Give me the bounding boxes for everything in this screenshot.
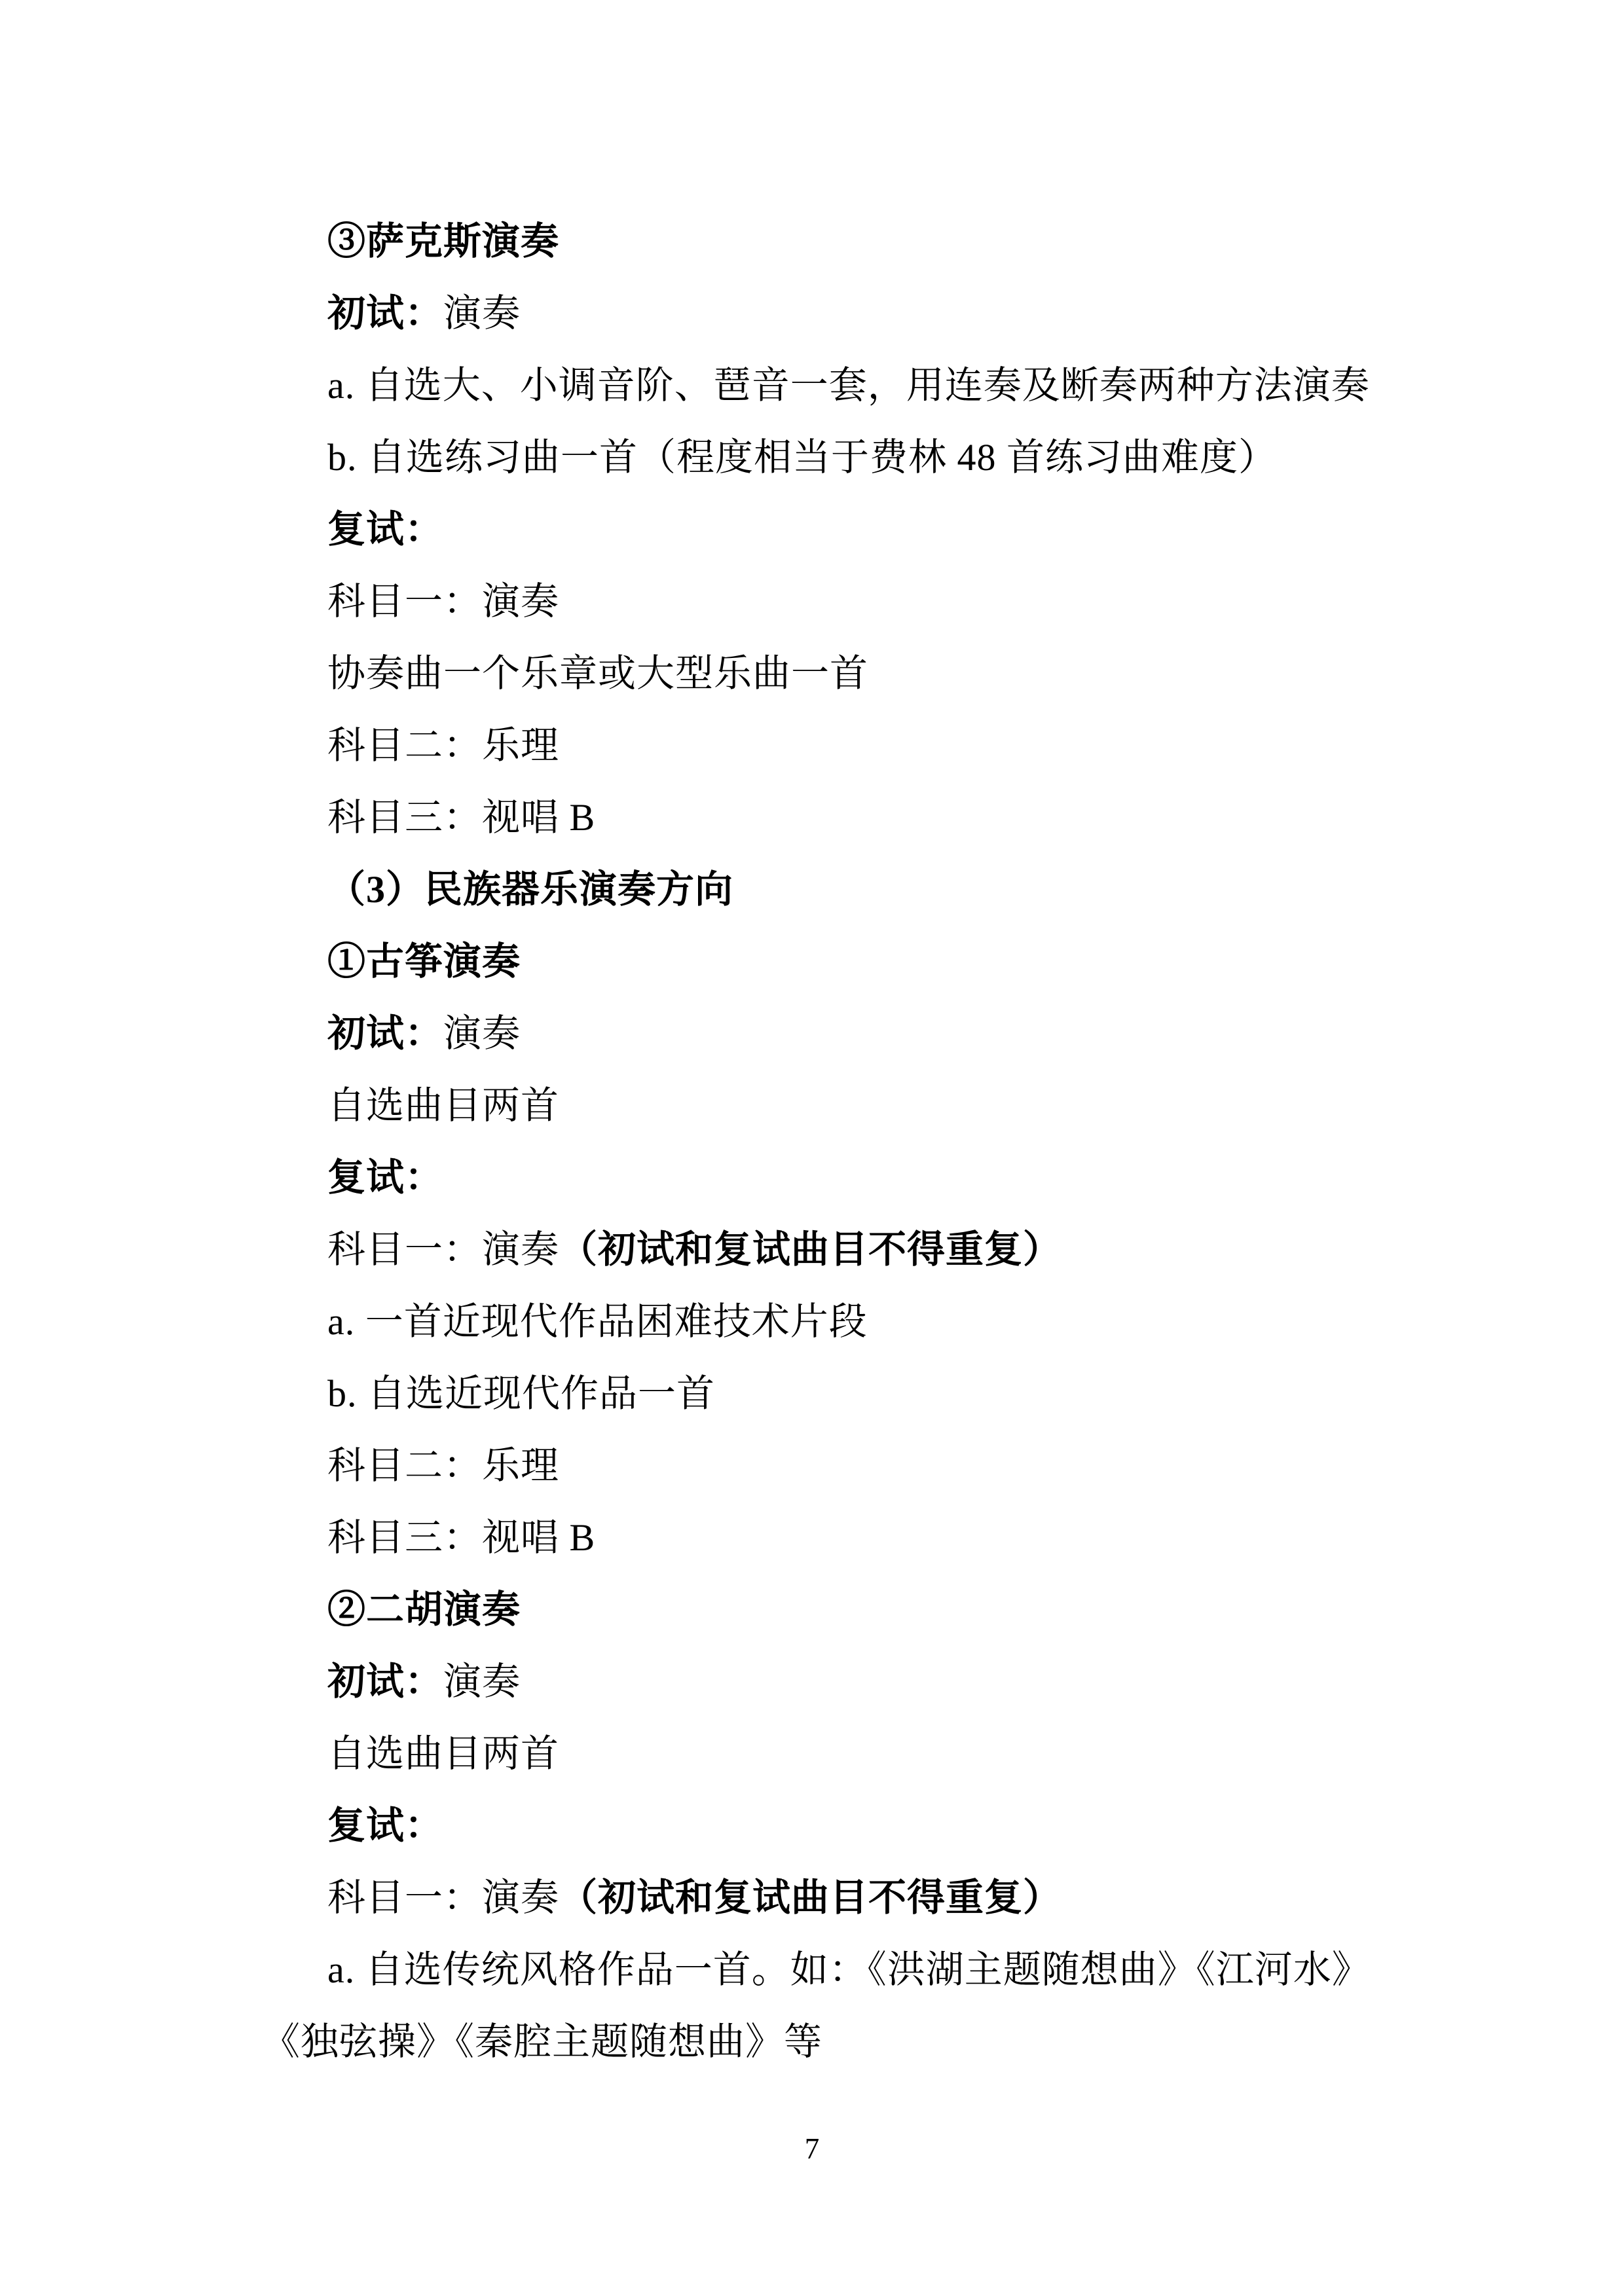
page-number: 7 — [0, 2129, 1624, 2168]
doc-line-guzheng-subject3: 科目三：视唱 B — [262, 1502, 1428, 1574]
doc-line-sax-first-round: 初试：演奏 — [262, 278, 1428, 350]
doc-line-sax-heading: ③萨克斯演奏 — [262, 206, 1428, 278]
document-page: ③萨克斯演奏 初试：演奏 a. 自选大、小调音阶、琶音一套，用连奏及断奏两种方法… — [0, 0, 1624, 2296]
doc-line-erhu-free-pieces: 自选曲目两首 — [262, 1718, 1428, 1790]
line-text: b. 自选练习曲一首（程度相当于费林 48 首练习曲难度） — [327, 436, 1277, 479]
line-text: a. 自选大、小调音阶、琶音一套，用连奏及断奏两种方法演奏 — [327, 364, 1370, 407]
line-text: 科目三：视唱 B — [327, 1516, 595, 1559]
line-text: 自选曲目两首 — [327, 1732, 559, 1775]
doc-line-erhu-item-a-continuation: 《独弦操》《秦腔主题随想曲》等 — [262, 2006, 1428, 2078]
doc-line-sax-concerto: 协奏曲一个乐章或大型乐曲一首 — [262, 638, 1428, 710]
line-text: 演奏 — [443, 292, 521, 335]
line-text: 自选曲目两首 — [327, 1084, 559, 1127]
line-text: 科目一：演奏 — [327, 580, 559, 623]
doc-line-guzheng-free-pieces: 自选曲目两首 — [262, 1070, 1428, 1142]
line-text: 协奏曲一个乐章或大型乐曲一首 — [327, 652, 868, 695]
page-content: ③萨克斯演奏 初试：演奏 a. 自选大、小调音阶、琶音一套，用连奏及断奏两种方法… — [262, 206, 1428, 2078]
line-text-bold: 初试： — [327, 1012, 443, 1055]
line-text: 《独弦操》《秦腔主题随想曲》等 — [262, 2020, 822, 2063]
doc-line-sax-subject3: 科目三：视唱 B — [262, 782, 1428, 854]
doc-line-guzheng-first-round: 初试：演奏 — [262, 998, 1428, 1070]
line-text: 科目一：演奏 — [327, 1228, 559, 1271]
line-text-bold: （3）民族器乐演奏方向 — [327, 868, 733, 911]
line-text: 演奏 — [443, 1660, 521, 1703]
line-text-bold: 复试： — [327, 508, 443, 551]
doc-line-erhu-first-round: 初试：演奏 — [262, 1646, 1428, 1718]
doc-line-erhu-second-round: 复试： — [262, 1790, 1428, 1862]
doc-line-sax-item-a: a. 自选大、小调音阶、琶音一套，用连奏及断奏两种方法演奏 — [262, 350, 1428, 422]
line-text: 科目三：视唱 B — [327, 796, 595, 839]
doc-line-erhu-item-a: a. 自选传统风格作品一首。如：《洪湖主题随想曲》《江河水》 — [262, 1934, 1428, 2006]
line-text-bold: 复试： — [327, 1804, 443, 1847]
doc-line-guzheng-subject2: 科目二：乐理 — [262, 1430, 1428, 1502]
line-text-bold-tail: （初试和复试曲目不得重复） — [559, 1228, 1061, 1271]
line-text: a. 一首近现代作品困难技术片段 — [327, 1300, 868, 1343]
line-text-bold: 复试： — [327, 1156, 443, 1199]
line-text-bold: 初试： — [327, 292, 443, 335]
line-text-bold: 初试： — [327, 1660, 443, 1703]
line-text-bold: ①古筝演奏 — [327, 940, 521, 983]
doc-line-sax-item-b: b. 自选练习曲一首（程度相当于费林 48 首练习曲难度） — [262, 422, 1428, 494]
doc-line-sax-second-round: 复试： — [262, 494, 1428, 566]
doc-line-sax-subject1: 科目一：演奏 — [262, 566, 1428, 638]
line-text: 科目二：乐理 — [327, 724, 559, 767]
doc-line-erhu-heading: ②二胡演奏 — [262, 1574, 1428, 1646]
line-text-bold: ②二胡演奏 — [327, 1588, 521, 1631]
doc-line-guzheng-item-a: a. 一首近现代作品困难技术片段 — [262, 1286, 1428, 1358]
doc-line-guzheng-second-round: 复试： — [262, 1142, 1428, 1214]
line-text-bold-tail: （初试和复试曲目不得重复） — [559, 1876, 1061, 1919]
doc-line-erhu-subject1: 科目一：演奏（初试和复试曲目不得重复） — [262, 1862, 1428, 1934]
doc-line-guzheng-subject1: 科目一：演奏（初试和复试曲目不得重复） — [262, 1214, 1428, 1286]
line-text: 演奏 — [443, 1012, 521, 1055]
line-text: a. 自选传统风格作品一首。如：《洪湖主题随想曲》《江河水》 — [327, 1948, 1371, 1991]
line-text: 科目一：演奏 — [327, 1876, 559, 1919]
line-text-bold: ③萨克斯演奏 — [327, 220, 559, 263]
line-text: b. 自选近现代作品一首 — [327, 1372, 715, 1415]
doc-line-sax-subject2: 科目二：乐理 — [262, 710, 1428, 782]
line-text: 科目二：乐理 — [327, 1444, 559, 1487]
doc-line-guzheng-item-b: b. 自选近现代作品一首 — [262, 1358, 1428, 1430]
doc-line-folk-direction-heading: （3）民族器乐演奏方向 — [262, 854, 1428, 926]
doc-line-guzheng-heading: ①古筝演奏 — [262, 926, 1428, 998]
